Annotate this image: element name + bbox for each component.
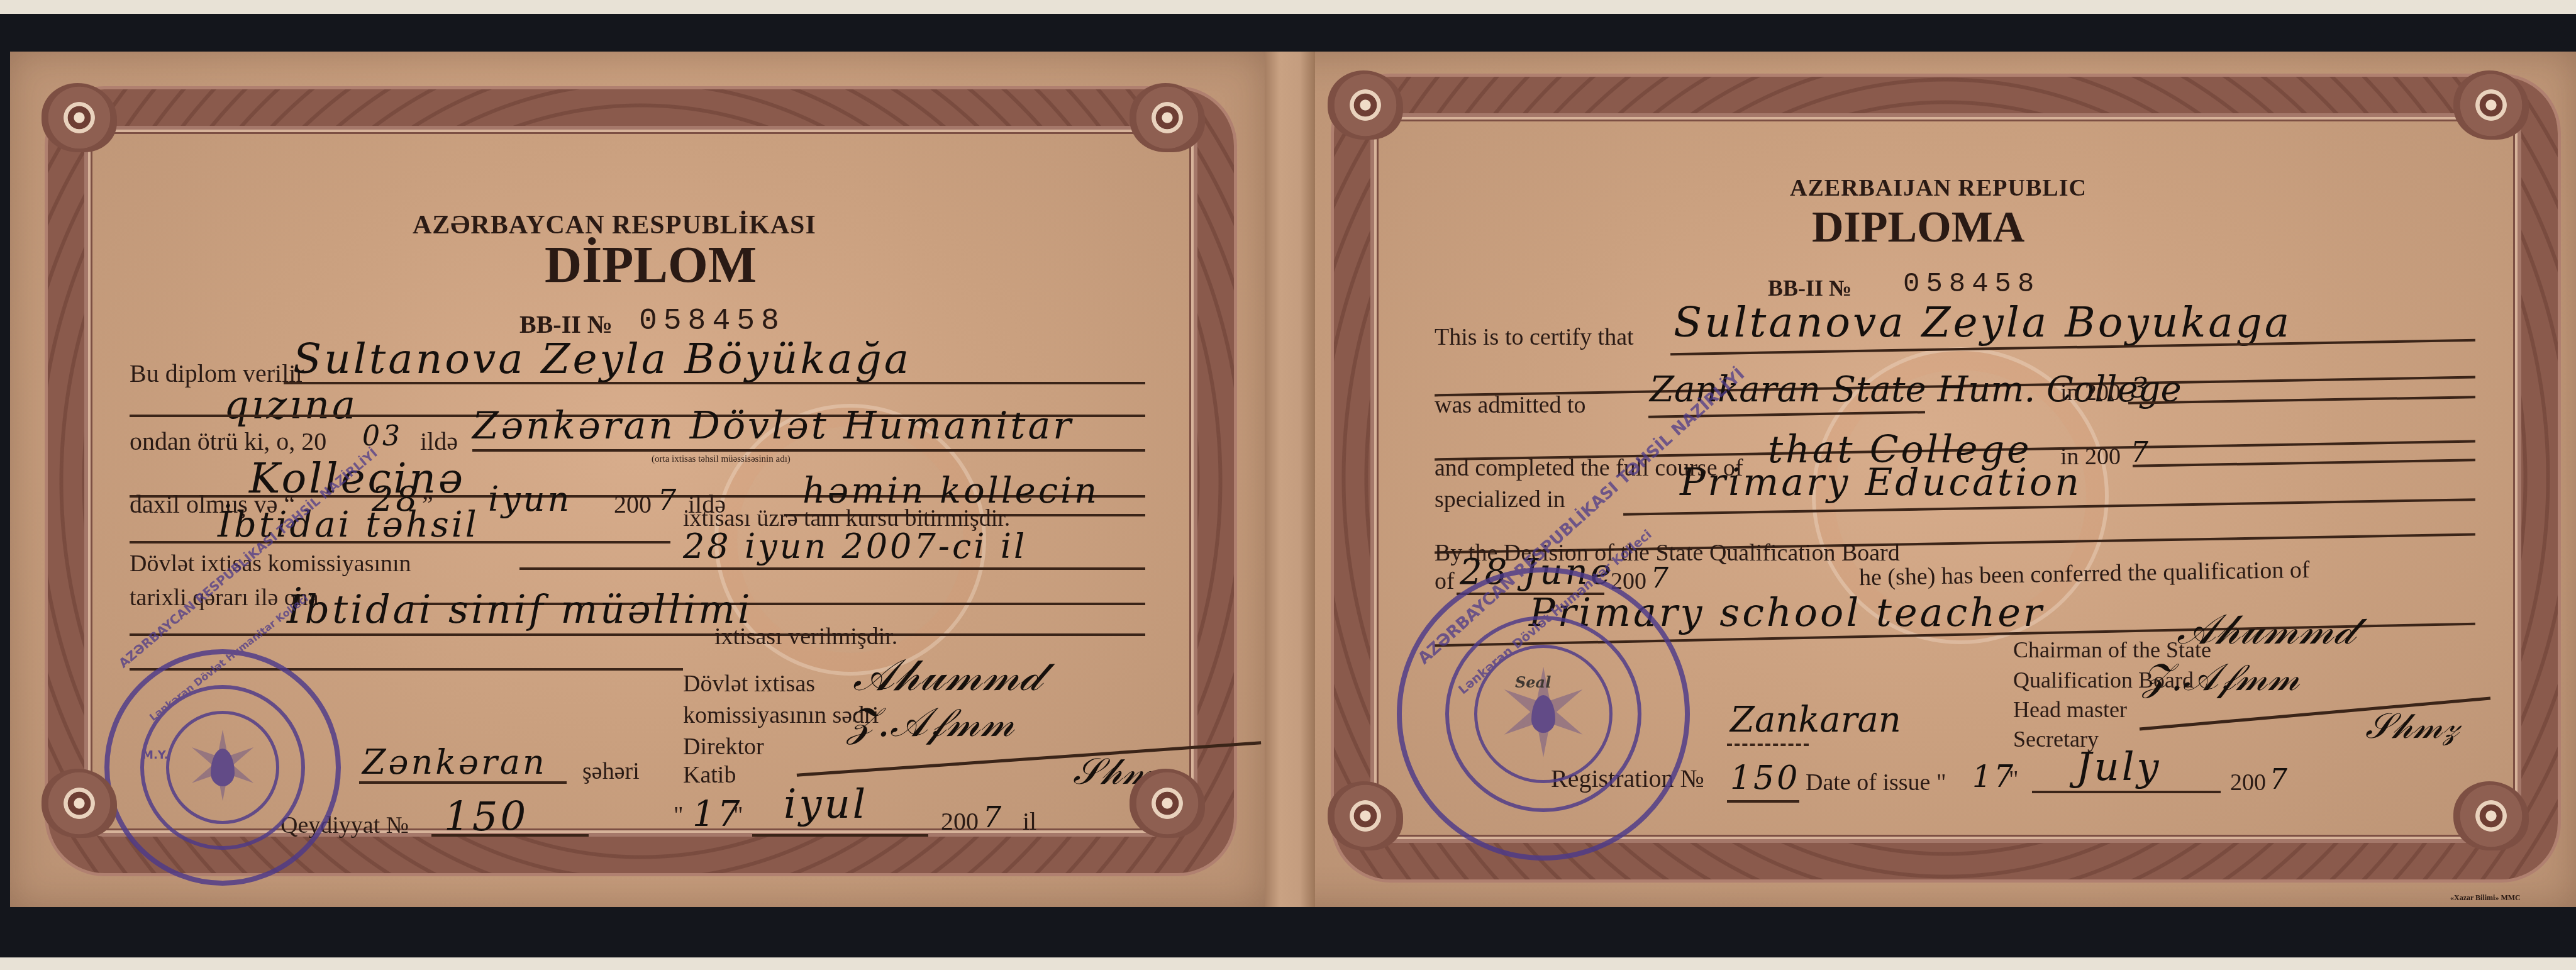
quote-mark: " bbox=[733, 801, 743, 829]
issue-year-label: il bbox=[1023, 806, 1036, 836]
book-spine bbox=[1265, 52, 1315, 907]
commission-date: 28 iyun 2007-ci il bbox=[683, 527, 1027, 566]
city-value: Zankaran bbox=[1730, 700, 1901, 740]
diploma-page-azerbaijani: AZƏRBAYCAN RESPUBLİKASI DİPLOM BB-II № 0… bbox=[10, 52, 1265, 907]
issue-year-suffix: 7 bbox=[2270, 764, 2290, 796]
director-signature: 𝒵.𝒜𝒻𝓂𝓂 bbox=[847, 700, 1014, 746]
quote-mark: " bbox=[674, 801, 684, 829]
field-underline bbox=[519, 567, 1145, 570]
series-label: BB-II № bbox=[1768, 275, 1851, 301]
admitted-label: was admitted to bbox=[1435, 391, 1586, 419]
corner-ornament-icon bbox=[42, 769, 117, 838]
commission-label: Dövlət ixtisas komissiyasının bbox=[130, 550, 411, 577]
headmaster-label: Head master bbox=[2013, 696, 2127, 723]
institution-caption: (orta ixtisas təhsil müəssisəsinin adı) bbox=[652, 454, 791, 465]
city-value: Zənkəran bbox=[362, 742, 547, 782]
field-underline bbox=[130, 633, 1145, 636]
field-underline bbox=[1727, 744, 1809, 746]
registration-number: 150 bbox=[1730, 759, 1800, 797]
chair-signature: 𝒜𝒽𝓊𝓂𝓂𝒹 bbox=[853, 649, 1041, 701]
field-underline bbox=[130, 541, 670, 544]
recipient-suffix: qızına bbox=[224, 382, 358, 428]
printer-mark: «Xazar Bilimi» MMC bbox=[2450, 893, 2521, 903]
specialized-label: specialized in bbox=[1435, 486, 1565, 513]
qualification-suffix: ixtisası verilmişdir. bbox=[714, 623, 897, 650]
specialty-value: İbtidai təhsil bbox=[218, 505, 479, 545]
corner-ornament-icon bbox=[2453, 70, 2529, 140]
since-in-label: ildə bbox=[420, 426, 458, 456]
institution-name: Zənkəran Dövlət Humanitar bbox=[472, 404, 1074, 448]
corner-ornament-icon bbox=[1328, 781, 1403, 850]
issue-year-prefix: 200 bbox=[941, 806, 979, 836]
admitted-year-suffix: 3 bbox=[2131, 372, 2151, 404]
issue-year-prefix: 200 bbox=[2230, 769, 2266, 796]
secretary-signature: 𝒮𝒽𝓂𝓏 bbox=[2365, 706, 2459, 747]
registry-number: 150 bbox=[444, 794, 528, 840]
corner-ornament-icon bbox=[1130, 769, 1205, 838]
recipient-name: Sultanova Zeyla Boyukaga bbox=[1674, 298, 2292, 347]
corner-ornament-icon bbox=[1130, 83, 1205, 152]
chair-label: Dövlət ixtisas bbox=[683, 670, 815, 698]
official-stamp: ✶ Seal AZƏRBAYCAN RESPUBLİKASI TƏHSİL NA… bbox=[1397, 567, 1690, 861]
corner-ornament-icon bbox=[42, 83, 117, 152]
header-republic: AZERBAIJAN REPUBLIC bbox=[1790, 174, 2087, 202]
official-stamp: ✶ M.Y. AZƏRBAYCAN RESPUBLİKASI TƏHSİL NA… bbox=[104, 649, 341, 886]
serial-number: 058458 bbox=[639, 304, 786, 338]
chair-signature: 𝒜𝒽𝓊𝓂𝓂𝒹 bbox=[2177, 605, 2355, 655]
date-of-issue-label: Date of issue " bbox=[1806, 769, 1946, 796]
field-underline bbox=[431, 834, 589, 837]
stamp-seal-label: Seal bbox=[1515, 673, 1551, 691]
corner-ornament-icon bbox=[2453, 781, 2529, 850]
title-diplom: DİPLOM bbox=[545, 235, 757, 294]
issue-month: July bbox=[2076, 744, 2162, 789]
field-underline bbox=[752, 834, 928, 837]
qualification-value: İbtidai sinif müəllimi bbox=[287, 586, 753, 632]
field-underline bbox=[2032, 791, 2221, 793]
diploma-page-english: AZERBAIJAN REPUBLIC DIPLOMA BB-II № 0584… bbox=[1265, 52, 2576, 907]
entered-year-suffix: 7 bbox=[658, 483, 679, 517]
decision-of-label: of bbox=[1435, 567, 1455, 595]
certify-label: This is to certify that bbox=[1435, 323, 1634, 351]
field-underline bbox=[472, 449, 1145, 452]
since-label: ondan ötrü ki, o, 20 bbox=[130, 426, 326, 456]
secretary-label: Katib bbox=[683, 761, 736, 789]
issue-month: iyul bbox=[784, 781, 868, 828]
city-label: şəhəri bbox=[582, 757, 640, 785]
field-underline bbox=[1727, 800, 1799, 803]
stamp-center-label: M.Y. bbox=[142, 749, 169, 762]
corner-ornament-icon bbox=[1328, 70, 1403, 140]
entered-month: iyun bbox=[488, 479, 572, 519]
title-diploma: DIPLOMA bbox=[1812, 203, 2024, 253]
director-label: Direktor bbox=[683, 733, 764, 761]
serial-number: 058458 bbox=[1903, 269, 2040, 300]
admitted-year-label: in 200 bbox=[2060, 379, 2121, 406]
issue-year-suffix: 7 bbox=[983, 800, 1004, 834]
entered-year-prefix: 200 bbox=[614, 489, 652, 519]
specialization-value: Primary Education bbox=[1680, 460, 2082, 505]
field-underline bbox=[359, 781, 567, 784]
headmaster-signature: 𝒵.𝒜𝒻𝓂𝓂 bbox=[2142, 655, 2299, 700]
quote-mark: " bbox=[2009, 766, 2019, 793]
recipient-name: Sultanova Zeyla Böyükağa bbox=[293, 335, 911, 383]
